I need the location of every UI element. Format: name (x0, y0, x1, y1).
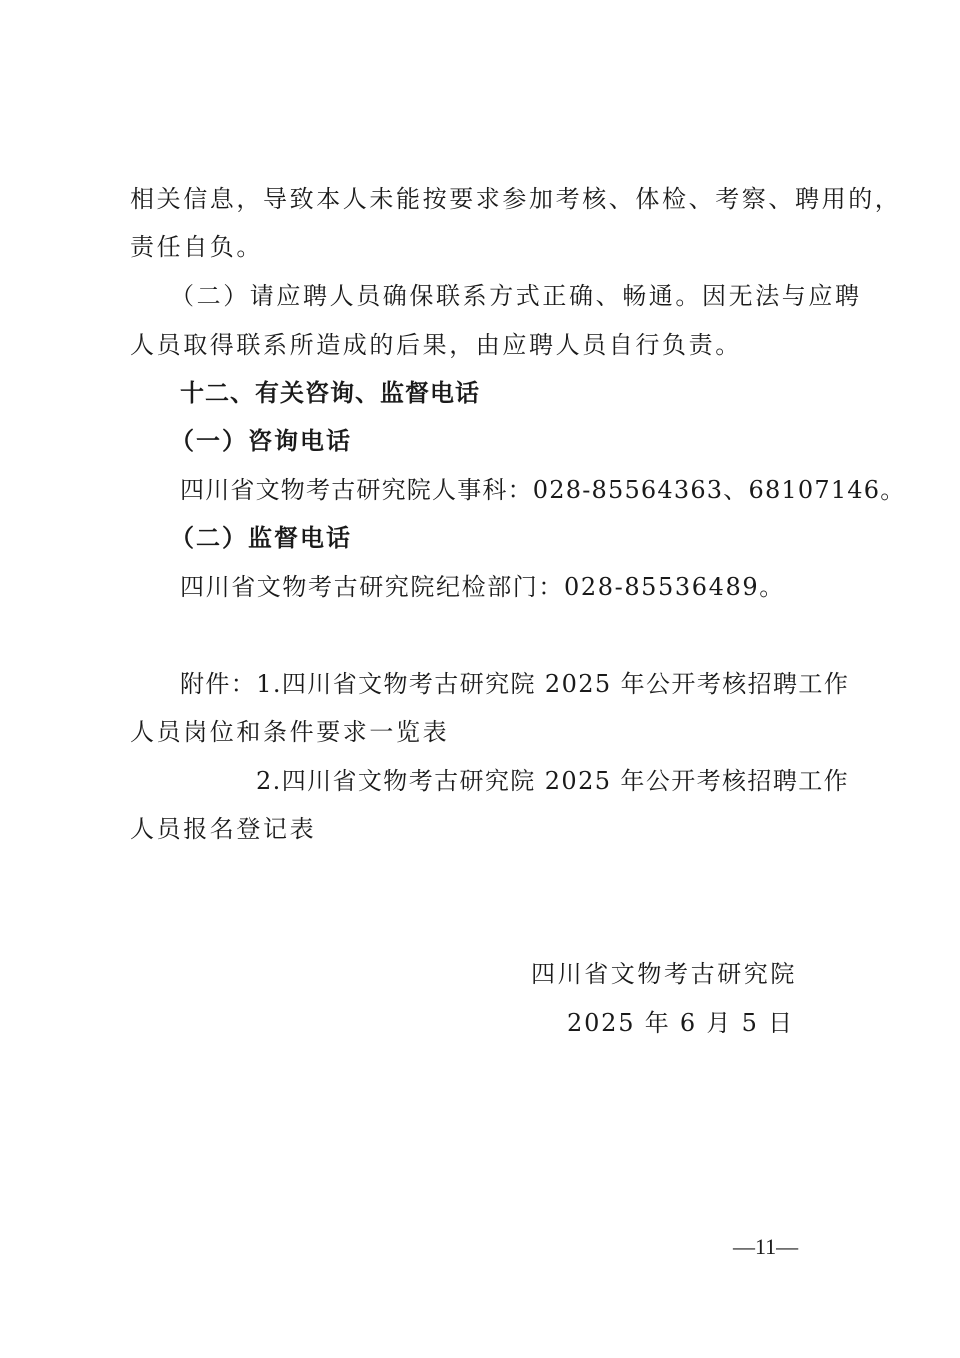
paragraph-line: （二）请应聘人员确保联系方式正确、畅通。因无法与应聘 (170, 281, 862, 311)
signature-organization: 四川省文物考古研究院 (531, 959, 797, 989)
attachment-1-line-1: 附件：1.四川省文物考古研究院 2025 年公开考核招聘工作 (180, 669, 849, 699)
attachment-2-line-1: 2.四川省文物考古研究院 2025 年公开考核招聘工作 (256, 766, 849, 796)
attachment-2-line-2: 人员报名登记表 (130, 814, 316, 844)
paragraph-line: 责任自负。 (130, 232, 263, 262)
consult-phone-text: 四川省文物考古研究院人事科：028-85564363、68107146。 (180, 475, 905, 505)
supervise-phone-subheading: （二）监督电话 (170, 523, 352, 553)
paragraph-line: 相关信息，导致本人未能按要求参加考核、体检、考察、聘用的， (130, 184, 901, 214)
page-number: —11— (733, 1234, 798, 1260)
signature-date: 2025 年 6 月 5 日 (567, 1008, 794, 1038)
paragraph-line: 人员取得联系所造成的后果，由应聘人员自行负责。 (130, 330, 742, 360)
supervise-phone-text: 四川省文物考古研究院纪检部门：028-85536489。 (180, 572, 785, 602)
section-heading: 十二、有关咨询、监督电话 (180, 378, 480, 408)
consult-phone-subheading: （一）咨询电话 (170, 426, 352, 456)
attachment-1-line-2: 人员岗位和条件要求一览表 (130, 717, 449, 747)
